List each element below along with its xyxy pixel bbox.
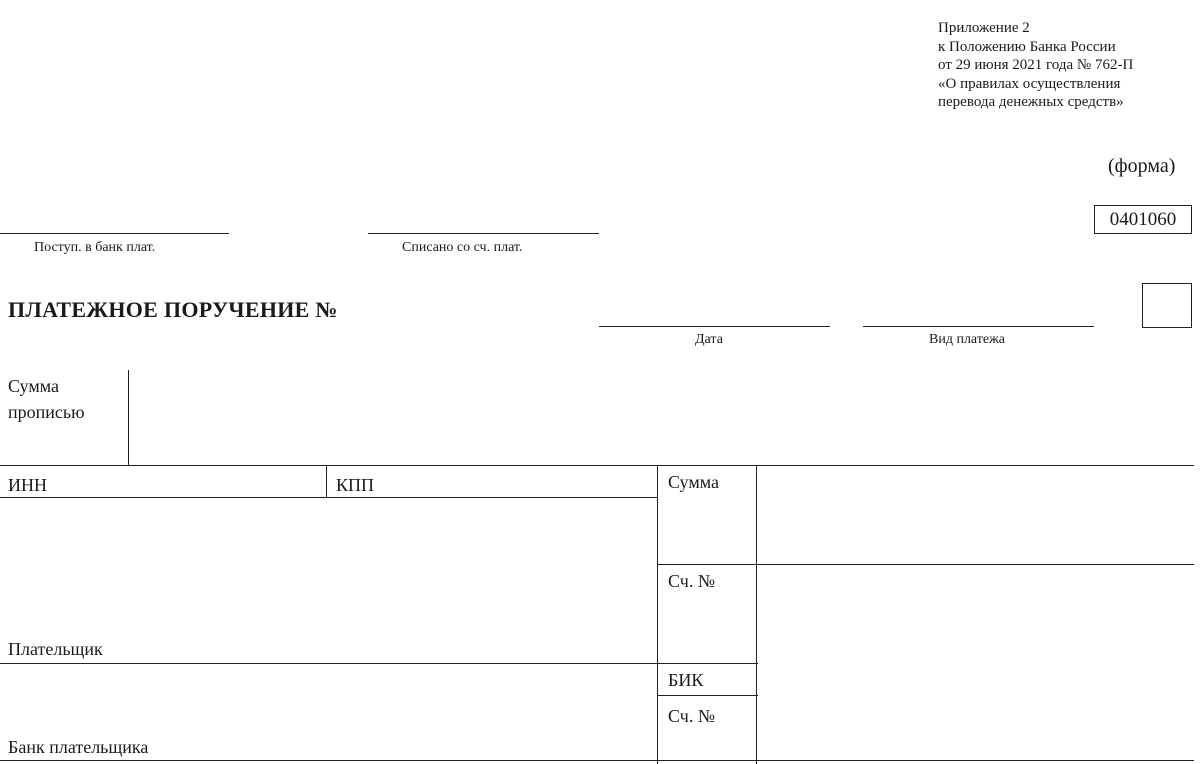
- payer-name-input[interactable]: [2, 500, 654, 630]
- appendix-line: Приложение 2: [938, 19, 1133, 38]
- received-label: Поступ. в банк плат.: [34, 240, 155, 256]
- amount-label: Сумма: [668, 472, 719, 493]
- divider: [0, 465, 1194, 466]
- page-title: ПЛАТЕЖНОЕ ПОРУЧЕНИЕ №: [8, 297, 338, 323]
- payer-account-input[interactable]: [759, 566, 1194, 759]
- appendix-note: Приложение 2к Положению Банка Россииот 2…: [938, 19, 1133, 112]
- divider: [128, 370, 129, 465]
- divider: [326, 465, 327, 498]
- appendix-line: «О правилах осуществления: [938, 75, 1133, 94]
- payer-label: Плательщик: [8, 639, 103, 660]
- divider: [657, 465, 658, 764]
- appendix-line: от 29 июня 2021 года № 762-П: [938, 56, 1133, 75]
- amount-input[interactable]: [759, 467, 1194, 563]
- date-label: Дата: [695, 332, 723, 348]
- payer-bank-label: Банк плательщика: [8, 737, 148, 758]
- bank-account-no-label: Сч. №: [668, 706, 715, 727]
- payment-type-field-line[interactable]: [863, 326, 1094, 327]
- divider: [0, 760, 1194, 761]
- kpp-input[interactable]: [390, 467, 655, 496]
- form-label: (форма): [1108, 155, 1175, 178]
- inn-label: ИНН: [8, 475, 47, 496]
- divider: [658, 695, 758, 696]
- account-no-label: Сч. №: [668, 571, 715, 592]
- divider: [756, 465, 757, 764]
- divider: [0, 497, 658, 498]
- received-date-line[interactable]: [0, 233, 229, 234]
- debited-label: Списано со сч. плат.: [402, 240, 523, 256]
- date-field-line[interactable]: [599, 326, 830, 327]
- amount-in-words-label-2: прописью: [8, 402, 85, 423]
- amount-in-words-input[interactable]: [131, 370, 1200, 464]
- divider: [658, 564, 1194, 565]
- bik-label: БИК: [668, 670, 703, 691]
- appendix-line: перевода денежных средств»: [938, 93, 1133, 112]
- amount-in-words-label-1: Сумма: [8, 376, 59, 397]
- kpp-label: КПП: [336, 475, 374, 496]
- status-code-box[interactable]: [1142, 283, 1192, 328]
- inn-input[interactable]: [60, 467, 324, 496]
- debited-date-line[interactable]: [368, 233, 599, 234]
- divider: [0, 663, 758, 664]
- payment-type-label: Вид платежа: [929, 332, 1005, 348]
- payer-bank-input[interactable]: [2, 666, 654, 734]
- appendix-line: к Положению Банка России: [938, 38, 1133, 57]
- form-code-box: 0401060: [1094, 205, 1192, 234]
